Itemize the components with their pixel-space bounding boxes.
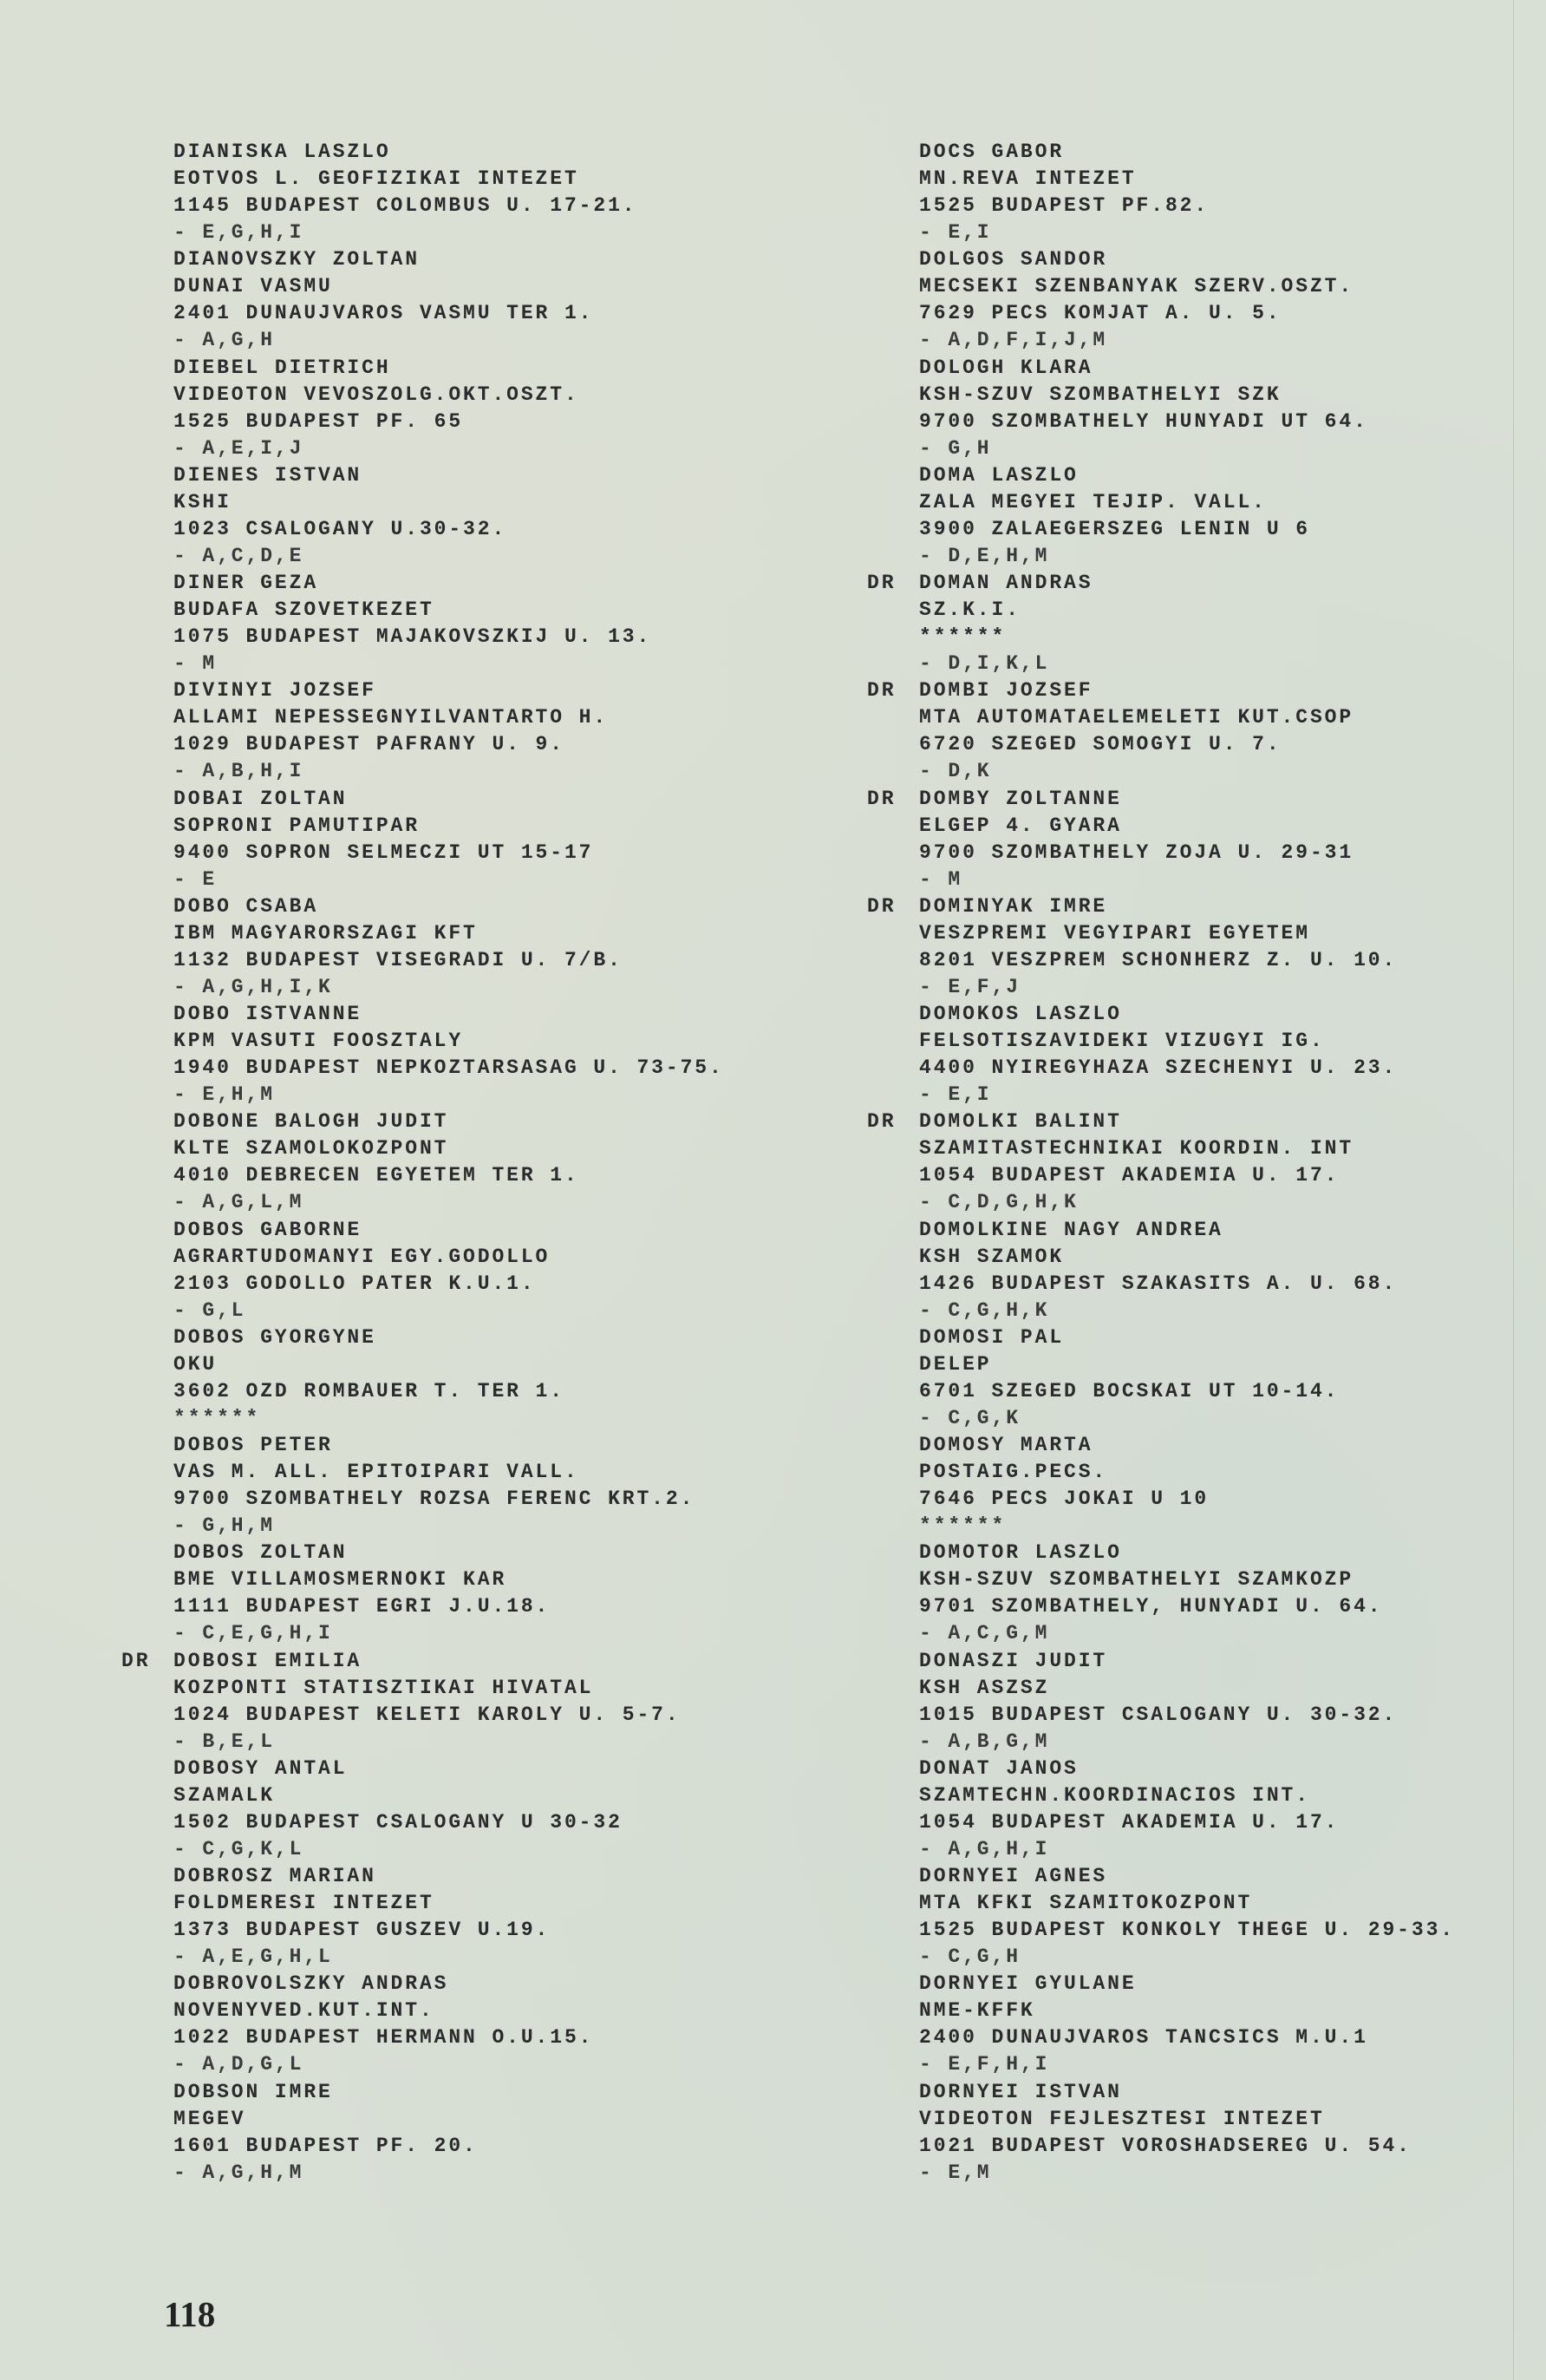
indent bbox=[121, 1890, 173, 1917]
directory-entry: DRDOBOSI EMILIAKOZPONTI STATISZTIKAI HIV… bbox=[121, 1648, 724, 1756]
entry-line-codes: - A,E,G,H,L bbox=[121, 1944, 724, 1971]
entry-line-address: 6720 SZEGED SOMOGYI U. 7. bbox=[867, 731, 1455, 758]
indent bbox=[121, 2024, 173, 2051]
entry-address: 9700 SZOMBATHELY ZOJA U. 29-31 bbox=[919, 840, 1354, 866]
title-prefix bbox=[867, 2079, 919, 2106]
directory-entry: DOBO ISTVANNEKPM VASUTI FOOSZTALY1940 BU… bbox=[121, 1001, 724, 1108]
indent bbox=[121, 1028, 173, 1055]
entry-address: 1502 BUDAPEST CSALOGANY U 30-32 bbox=[173, 1809, 623, 1836]
entry-line-address: 1015 BUDAPEST CSALOGANY U. 30-32. bbox=[867, 1702, 1455, 1729]
indent bbox=[121, 813, 173, 840]
title-prefix bbox=[867, 1001, 919, 1028]
indent bbox=[867, 1135, 919, 1162]
indent bbox=[121, 974, 173, 1001]
title-prefix bbox=[121, 786, 173, 813]
entry-codes: - A,G,H,M bbox=[173, 2160, 303, 2187]
indent bbox=[867, 840, 919, 866]
title-prefix bbox=[867, 462, 919, 489]
entry-line-name: DOBOS GYORGYNE bbox=[121, 1324, 724, 1351]
indent bbox=[867, 1162, 919, 1189]
indent bbox=[867, 1890, 919, 1917]
title-prefix bbox=[121, 246, 173, 273]
indent bbox=[121, 219, 173, 246]
entry-org: MECSEKI SZENBANYAK SZERV.OSZT. bbox=[919, 273, 1354, 300]
indent bbox=[867, 409, 919, 435]
entry-codes: ****** bbox=[919, 1513, 1006, 1540]
indent bbox=[867, 1378, 919, 1405]
entry-line-name: DOBONE BALOGH JUDIT bbox=[121, 1108, 724, 1135]
indent bbox=[121, 1675, 173, 1702]
title-prefix bbox=[121, 462, 173, 489]
indent bbox=[867, 866, 919, 893]
entry-org: KSH-SZUV SZOMBATHELYI SZK bbox=[919, 382, 1282, 409]
entry-line-name: DOMOKOS LASZLO bbox=[867, 1001, 1455, 1028]
entry-codes: - M bbox=[919, 866, 962, 893]
entry-line-org: SZ.K.I. bbox=[867, 597, 1455, 624]
title-prefix: DR bbox=[867, 1108, 919, 1135]
entry-line-name: DOBROVOLSZKY ANDRAS bbox=[121, 1971, 724, 1997]
indent bbox=[867, 1702, 919, 1729]
indent bbox=[867, 219, 919, 246]
entry-address: 2103 GODOLLO PATER K.U.1. bbox=[173, 1271, 536, 1298]
entry-address: 1075 BUDAPEST MAJAKOVSZKIJ U. 13. bbox=[173, 624, 651, 651]
entry-name: DIANISKA LASZLO bbox=[173, 139, 391, 166]
entry-line-name: DIVINYI JOZSEF bbox=[121, 677, 724, 704]
entry-address: 1525 BUDAPEST KONKOLY THEGE U. 29-33. bbox=[919, 1917, 1455, 1944]
entry-line-address: 4010 DEBRECEN EGYETEM TER 1. bbox=[121, 1162, 724, 1189]
entry-line-codes: - E,M bbox=[867, 2160, 1455, 2187]
entry-name: DOBAI ZOLTAN bbox=[173, 786, 347, 813]
directory-entry: DOBROSZ MARIANFOLDMERESI INTEZET1373 BUD… bbox=[121, 1863, 724, 1971]
entry-org: FELSOTISZAVIDEKI VIZUGYI IG. bbox=[919, 1028, 1325, 1055]
entry-org: KSH-SZUV SZOMBATHELYI SZAMKOZP bbox=[919, 1566, 1354, 1593]
indent bbox=[121, 2133, 173, 2160]
entry-codes: - C,D,G,H,K bbox=[919, 1189, 1079, 1216]
indent bbox=[867, 1729, 919, 1756]
entry-org: SZAMTECHN.KOORDINACIOS INT. bbox=[919, 1782, 1310, 1809]
entry-org: SZAMITASTECHNIKAI KOORDIN. INT bbox=[919, 1135, 1354, 1162]
indent bbox=[121, 1809, 173, 1836]
entry-line-name: DOLGOS SANDOR bbox=[867, 246, 1455, 273]
title-prefix bbox=[867, 355, 919, 382]
entry-line-codes: - C,G,H bbox=[867, 1944, 1455, 1971]
indent bbox=[121, 758, 173, 785]
entry-line-name: DIEBEL DIETRICH bbox=[121, 355, 724, 382]
entry-line-org: FOLDMERESI INTEZET bbox=[121, 1890, 724, 1917]
entry-name: DOBSON IMRE bbox=[173, 2079, 333, 2106]
entry-line-org: BME VILLAMOSMERNOKI KAR bbox=[121, 1566, 724, 1593]
directory-entry: DINER GEZABUDAFA SZOVETKEZET1075 BUDAPES… bbox=[121, 570, 724, 677]
entry-address: 1022 BUDAPEST HERMANN O.U.15. bbox=[173, 2024, 593, 2051]
entry-name: DORNYEI ISTVAN bbox=[919, 2079, 1122, 2106]
indent bbox=[867, 1459, 919, 1486]
entry-codes: - A,B,G,M bbox=[919, 1729, 1049, 1756]
entry-line-org: BUDAFA SZOVETKEZET bbox=[121, 597, 724, 624]
directory-entry: DIENES ISTVANKSHI1023 CSALOGANY U.30-32.… bbox=[121, 462, 724, 570]
entry-codes: - E,F,H,I bbox=[919, 2051, 1049, 2078]
entry-line-org: MTA KFKI SZAMITOKOZPONT bbox=[867, 1890, 1455, 1917]
entry-name: DOBOS GYORGYNE bbox=[173, 1324, 376, 1351]
entry-address: 9700 SZOMBATHELY ROZSA FERENC KRT.2. bbox=[173, 1486, 695, 1513]
indent bbox=[121, 1486, 173, 1513]
entry-line-org: MN.REVA INTEZET bbox=[867, 166, 1455, 193]
indent bbox=[867, 920, 919, 947]
directory-entry: DIVINYI JOZSEFALLAMI NEPESSEGNYILVANTART… bbox=[121, 677, 724, 785]
entry-codes: - D,E,H,M bbox=[919, 543, 1049, 570]
indent bbox=[121, 1459, 173, 1486]
indent bbox=[867, 1997, 919, 2024]
entry-codes: - A,C,G,M bbox=[919, 1620, 1049, 1647]
page-edge-line bbox=[1513, 0, 1514, 2380]
indent bbox=[867, 1809, 919, 1836]
entry-address: 2401 DUNAUJVAROS VASMU TER 1. bbox=[173, 300, 593, 327]
entry-line-name: DOBOS ZOLTAN bbox=[121, 1540, 724, 1566]
entry-line-org: KSH SZAMOK bbox=[867, 1244, 1455, 1271]
indent bbox=[867, 1513, 919, 1540]
entry-line-address: 1021 BUDAPEST VOROSHADSEREG U. 54. bbox=[867, 2133, 1455, 2160]
indent bbox=[121, 543, 173, 570]
entry-codes: - A,B,H,I bbox=[173, 758, 303, 785]
entry-name: DOMOTOR LASZLO bbox=[919, 1540, 1122, 1566]
entry-name: DOBOS GABORNE bbox=[173, 1217, 362, 1244]
directory-entry: DOMA LASZLOZALA MEGYEI TEJIP. VALL.3900 … bbox=[867, 462, 1455, 570]
entry-line-codes: - A,C,G,M bbox=[867, 1620, 1455, 1647]
indent bbox=[121, 1271, 173, 1298]
entry-line-name: DOBO CSABA bbox=[121, 893, 724, 920]
title-prefix bbox=[867, 1217, 919, 1244]
entry-line-name: DORNYEI GYULANE bbox=[867, 1971, 1455, 1997]
entry-line-address: 1373 BUDAPEST GUSZEV U.19. bbox=[121, 1917, 724, 1944]
indent bbox=[121, 409, 173, 435]
entry-org: SOPRONI PAMUTIPAR bbox=[173, 813, 420, 840]
entry-line-org: NOVENYVED.KUT.INT. bbox=[121, 1997, 724, 2024]
title-prefix bbox=[121, 1863, 173, 1890]
indent bbox=[121, 1729, 173, 1756]
entry-line-org: IBM MAGYARORSZAGI KFT bbox=[121, 920, 724, 947]
entry-address: 1145 BUDAPEST COLOMBUS U. 17-21. bbox=[173, 193, 636, 219]
entry-line-org: SZAMITASTECHNIKAI KOORDIN. INT bbox=[867, 1135, 1455, 1162]
entry-codes: - E,G,H,I bbox=[173, 219, 303, 246]
entry-org: AGRARTUDOMANYI EGY.GODOLLO bbox=[173, 1244, 550, 1271]
entry-address: 1054 BUDAPEST AKADEMIA U. 17. bbox=[919, 1809, 1339, 1836]
entry-org: KPM VASUTI FOOSZTALY bbox=[173, 1028, 463, 1055]
entry-name: DOBO ISTVANNE bbox=[173, 1001, 362, 1028]
indent bbox=[121, 193, 173, 219]
directory-entry: DOMOLKINE NAGY ANDREAKSH SZAMOK1426 BUDA… bbox=[867, 1217, 1455, 1324]
entry-address: 9700 SZOMBATHELY HUNYADI UT 64. bbox=[919, 409, 1368, 435]
indent bbox=[867, 1351, 919, 1378]
indent bbox=[121, 2051, 173, 2078]
entry-codes: - A,E,G,H,L bbox=[173, 1944, 333, 1971]
entry-line-codes: - A,G,H bbox=[121, 327, 724, 354]
indent bbox=[121, 1917, 173, 1944]
entry-name: DINER GEZA bbox=[173, 570, 318, 597]
title-prefix bbox=[121, 893, 173, 920]
entry-name: DOMOLKI BALINT bbox=[919, 1108, 1122, 1135]
entry-line-address: 6701 SZEGED BOCSKAI UT 10-14. bbox=[867, 1378, 1455, 1405]
directory-entry: DRDOMBI JOZSEFMTA AUTOMATAELEMELETI KUT.… bbox=[867, 677, 1455, 785]
directory-entry: DONAT JANOSSZAMTECHN.KOORDINACIOS INT.10… bbox=[867, 1756, 1455, 1863]
entry-codes: - G,L bbox=[173, 1298, 246, 1324]
indent bbox=[867, 543, 919, 570]
entry-line-codes: - E,F,J bbox=[867, 974, 1455, 1001]
indent bbox=[121, 947, 173, 974]
indent bbox=[121, 1513, 173, 1540]
entry-name: DOMOKOS LASZLO bbox=[919, 1001, 1122, 1028]
entry-line-org: KPM VASUTI FOOSZTALY bbox=[121, 1028, 724, 1055]
entry-line-name: DOMOLKINE NAGY ANDREA bbox=[867, 1217, 1455, 1244]
directory-entry: DIANISKA LASZLOEOTVOS L. GEOFIZIKAI INTE… bbox=[121, 139, 724, 246]
entry-line-codes: - A,B,H,I bbox=[121, 758, 724, 785]
indent bbox=[867, 704, 919, 731]
title-prefix bbox=[121, 1324, 173, 1351]
entry-codes: - E,H,M bbox=[173, 1082, 275, 1108]
title-prefix bbox=[867, 1324, 919, 1351]
entry-codes: - E,I bbox=[919, 219, 992, 246]
entry-line-codes: - C,E,G,H,I bbox=[121, 1620, 724, 1647]
entry-line-org: ELGEP 4. GYARA bbox=[867, 813, 1455, 840]
indent bbox=[867, 1782, 919, 1809]
entry-codes: - A,D,F,I,J,M bbox=[919, 327, 1107, 354]
entry-line-name: DOBO ISTVANNE bbox=[121, 1001, 724, 1028]
entry-line-address: 3900 ZALAEGERSZEG LENIN U 6 bbox=[867, 516, 1455, 543]
directory-column-right: DOCS GABORMN.REVA INTEZET1525 BUDAPEST P… bbox=[867, 139, 1455, 2187]
entry-org: VESZPREMI VEGYIPARI EGYETEM bbox=[919, 920, 1310, 947]
entry-line-address: 1132 BUDAPEST VISEGRADI U. 7/B. bbox=[121, 947, 724, 974]
entry-line-name: DRDOMBI JOZSEF bbox=[867, 677, 1455, 704]
entry-address: 1111 BUDAPEST EGRI J.U.18. bbox=[173, 1593, 550, 1620]
entry-org: KLTE SZAMOLOKOZPONT bbox=[173, 1135, 448, 1162]
directory-entry: DOBO CSABAIBM MAGYARORSZAGI KFT1132 BUDA… bbox=[121, 893, 724, 1001]
entry-line-name: DRDOMBY ZOLTANNE bbox=[867, 786, 1455, 813]
indent bbox=[867, 2133, 919, 2160]
entry-org: DUNAI VASMU bbox=[173, 273, 333, 300]
entry-address: 1940 BUDAPEST NEPKOZTARSASAG U. 73-75. bbox=[173, 1055, 724, 1082]
entry-name: DOMBI JOZSEF bbox=[919, 677, 1093, 704]
entry-org: IBM MAGYARORSZAGI KFT bbox=[173, 920, 478, 947]
indent bbox=[867, 1244, 919, 1271]
entry-line-address: 1525 BUDAPEST KONKOLY THEGE U. 29-33. bbox=[867, 1917, 1455, 1944]
entry-codes: - E bbox=[173, 866, 217, 893]
entry-line-name: DOMOSI PAL bbox=[867, 1324, 1455, 1351]
entry-line-name: DOBOS PETER bbox=[121, 1432, 724, 1459]
entry-org: KSHI bbox=[173, 489, 232, 516]
entry-line-codes: - E,H,M bbox=[121, 1082, 724, 1108]
entry-line-org: ALLAMI NEPESSEGNYILVANTARTO H. bbox=[121, 704, 724, 731]
entry-name: DORNYEI AGNES bbox=[919, 1863, 1107, 1890]
entry-line-org: VESZPREMI VEGYIPARI EGYETEM bbox=[867, 920, 1455, 947]
entry-line-org: KOZPONTI STATISZTIKAI HIVATAL bbox=[121, 1675, 724, 1702]
entry-line-org: VIDEOTON VEVOSZOLG.OKT.OSZT. bbox=[121, 382, 724, 409]
entry-line-name: DOBROSZ MARIAN bbox=[121, 1863, 724, 1890]
entry-name: DIVINYI JOZSEF bbox=[173, 677, 376, 704]
entry-address: 1373 BUDAPEST GUSZEV U.19. bbox=[173, 1917, 550, 1944]
title-prefix bbox=[867, 139, 919, 166]
entry-org: KSH SZAMOK bbox=[919, 1244, 1064, 1271]
indent bbox=[867, 1405, 919, 1432]
indent bbox=[121, 273, 173, 300]
directory-entry: DORNYEI GYULANENME-KFFK2400 DUNAUJVAROS … bbox=[867, 1971, 1455, 2078]
entry-name: DOMOSI PAL bbox=[919, 1324, 1064, 1351]
entry-line-codes: - D,E,H,M bbox=[867, 543, 1455, 570]
entry-address: 9400 SOPRON SELMECZI UT 15-17 bbox=[173, 840, 593, 866]
entry-org: SZAMALK bbox=[173, 1782, 275, 1809]
entry-codes: - A,G,L,M bbox=[173, 1189, 303, 1216]
indent bbox=[121, 1298, 173, 1324]
indent bbox=[121, 1702, 173, 1729]
entry-org: ELGEP 4. GYARA bbox=[919, 813, 1122, 840]
entry-line-codes: - E,F,H,I bbox=[867, 2051, 1455, 2078]
indent bbox=[867, 1917, 919, 1944]
indent bbox=[121, 327, 173, 354]
entry-name: DOMOLKINE NAGY ANDREA bbox=[919, 1217, 1223, 1244]
entry-line-address: 1054 BUDAPEST AKADEMIA U. 17. bbox=[867, 1162, 1455, 1189]
indent bbox=[121, 166, 173, 193]
indent bbox=[121, 1566, 173, 1593]
indent bbox=[121, 1944, 173, 1971]
directory-entry: DOBOS ZOLTANBME VILLAMOSMERNOKI KAR1111 … bbox=[121, 1540, 724, 1647]
entry-org: VIDEOTON FEJLESZTESI INTEZET bbox=[919, 2106, 1325, 2133]
indent bbox=[121, 1162, 173, 1189]
entry-line-org: DELEP bbox=[867, 1351, 1455, 1378]
entry-name: DOBROSZ MARIAN bbox=[173, 1863, 376, 1890]
entry-codes: - A,E,I,J bbox=[173, 435, 303, 462]
indent bbox=[867, 300, 919, 327]
entry-line-codes: - A,B,G,M bbox=[867, 1729, 1455, 1756]
indent bbox=[121, 489, 173, 516]
entry-name: DONAT JANOS bbox=[919, 1756, 1079, 1782]
entry-line-codes: - E bbox=[121, 866, 724, 893]
title-prefix bbox=[867, 1648, 919, 1675]
entry-address: 1601 BUDAPEST PF. 20. bbox=[173, 2133, 478, 2160]
entry-line-codes: - A,G,H,I bbox=[867, 1836, 1455, 1863]
entry-line-codes: ****** bbox=[121, 1405, 724, 1432]
entry-codes: - A,C,D,E bbox=[173, 543, 303, 570]
indent bbox=[867, 1675, 919, 1702]
directory-entry: DOBROVOLSZKY ANDRASNOVENYVED.KUT.INT.102… bbox=[121, 1971, 724, 2078]
entry-name: DOMOSY MARTA bbox=[919, 1432, 1093, 1459]
entry-address: 8201 VESZPREM SCHONHERZ Z. U. 10. bbox=[919, 947, 1397, 974]
directory-entry: DOMOSI PALDELEP6701 SZEGED BOCSKAI UT 10… bbox=[867, 1324, 1455, 1432]
entry-name: DONASZI JUDIT bbox=[919, 1648, 1107, 1675]
indent bbox=[867, 193, 919, 219]
indent bbox=[867, 382, 919, 409]
indent bbox=[867, 947, 919, 974]
entry-address: 6720 SZEGED SOMOGYI U. 7. bbox=[919, 731, 1282, 758]
entry-address: 1024 BUDAPEST KELETI KAROLY U. 5-7. bbox=[173, 1702, 681, 1729]
entry-line-codes: - A,D,G,L bbox=[121, 2051, 724, 2078]
entry-org: MEGEV bbox=[173, 2106, 246, 2133]
entry-line-codes: - E,I bbox=[867, 1082, 1455, 1108]
entry-line-codes: - A,D,F,I,J,M bbox=[867, 327, 1455, 354]
indent bbox=[867, 2051, 919, 2078]
entry-address: ****** bbox=[919, 624, 1006, 651]
entry-name: DORNYEI GYULANE bbox=[919, 1971, 1137, 1997]
entry-codes: - D,I,K,L bbox=[919, 651, 1049, 677]
entry-org: EOTVOS L. GEOFIZIKAI INTEZET bbox=[173, 166, 579, 193]
entry-org: DELEP bbox=[919, 1351, 992, 1378]
entry-line-address: 7646 PECS JOKAI U 10 bbox=[867, 1486, 1455, 1513]
entry-line-org: KSHI bbox=[121, 489, 724, 516]
title-prefix bbox=[121, 1108, 173, 1135]
entry-address: 2400 DUNAUJVAROS TANCSICS M.U.1 bbox=[919, 2024, 1368, 2051]
title-prefix bbox=[867, 1756, 919, 1782]
entry-org: ALLAMI NEPESSEGNYILVANTARTO H. bbox=[173, 704, 608, 731]
entry-name: DOLOGH KLARA bbox=[919, 355, 1093, 382]
entry-org: BUDAFA SZOVETKEZET bbox=[173, 597, 434, 624]
directory-entry: DOCS GABORMN.REVA INTEZET1525 BUDAPEST P… bbox=[867, 139, 1455, 246]
directory-entry: DONASZI JUDITKSH ASZSZ1015 BUDAPEST CSAL… bbox=[867, 1648, 1455, 1756]
entry-line-org: KSH-SZUV SZOMBATHELYI SZK bbox=[867, 382, 1455, 409]
entry-line-name: DORNYEI AGNES bbox=[867, 1863, 1455, 1890]
directory-entry: DOBAI ZOLTANSOPRONI PAMUTIPAR9400 SOPRON… bbox=[121, 786, 724, 893]
entry-line-address: 9701 SZOMBATHELY, HUNYADI U. 64. bbox=[867, 1593, 1455, 1620]
entry-line-name: DIENES ISTVAN bbox=[121, 462, 724, 489]
directory-entry: DOLOGH KLARAKSH-SZUV SZOMBATHELYI SZK970… bbox=[867, 355, 1455, 462]
entry-name: DOBROVOLSZKY ANDRAS bbox=[173, 1971, 448, 1997]
indent bbox=[867, 2106, 919, 2133]
entry-codes: - B,E,L bbox=[173, 1729, 275, 1756]
indent bbox=[121, 1055, 173, 1082]
entry-line-org: FELSOTISZAVIDEKI VIZUGYI IG. bbox=[867, 1028, 1455, 1055]
entry-org: MN.REVA INTEZET bbox=[919, 166, 1137, 193]
directory-entry: DRDOMBY ZOLTANNEELGEP 4. GYARA9700 SZOMB… bbox=[867, 786, 1455, 893]
entry-line-address: 8201 VESZPREM SCHONHERZ Z. U. 10. bbox=[867, 947, 1455, 974]
indent bbox=[867, 1836, 919, 1863]
entry-line-name: DRDOMINYAK IMRE bbox=[867, 893, 1455, 920]
entry-address: 6701 SZEGED BOCSKAI UT 10-14. bbox=[919, 1378, 1339, 1405]
indent bbox=[867, 1055, 919, 1082]
indent bbox=[867, 2024, 919, 2051]
entry-org: VIDEOTON VEVOSZOLG.OKT.OSZT. bbox=[173, 382, 579, 409]
entry-line-address: 1111 BUDAPEST EGRI J.U.18. bbox=[121, 1593, 724, 1620]
directory-entry: DRDOMINYAK IMREVESZPREMI VEGYIPARI EGYET… bbox=[867, 893, 1455, 1001]
entry-line-name: DORNYEI ISTVAN bbox=[867, 2079, 1455, 2106]
entry-org: NOVENYVED.KUT.INT. bbox=[173, 1997, 434, 2024]
indent bbox=[867, 273, 919, 300]
entry-line-name: DIANISKA LASZLO bbox=[121, 139, 724, 166]
entry-address: 1015 BUDAPEST CSALOGANY U. 30-32. bbox=[919, 1702, 1397, 1729]
indent bbox=[867, 731, 919, 758]
directory-entry: DIEBEL DIETRICHVIDEOTON VEVOSZOLG.OKT.OS… bbox=[121, 355, 724, 462]
entry-address: 4400 NYIREGYHAZA SZECHENYI U. 23. bbox=[919, 1055, 1397, 1082]
title-prefix bbox=[121, 2079, 173, 2106]
title-prefix bbox=[867, 1540, 919, 1566]
entry-line-codes: - G,L bbox=[121, 1298, 724, 1324]
indent bbox=[121, 704, 173, 731]
directory-entry: DOMOSY MARTAPOSTAIG.PECS.7646 PECS JOKAI… bbox=[867, 1432, 1455, 1540]
entry-org: MTA AUTOMATAELEMELETI KUT.CSOP bbox=[919, 704, 1354, 731]
indent bbox=[867, 813, 919, 840]
entry-line-name: DRDOMOLKI BALINT bbox=[867, 1108, 1455, 1135]
entry-line-address: 1024 BUDAPEST KELETI KAROLY U. 5-7. bbox=[121, 1702, 724, 1729]
entry-line-org: VIDEOTON FEJLESZTESI INTEZET bbox=[867, 2106, 1455, 2133]
entry-line-org: DUNAI VASMU bbox=[121, 273, 724, 300]
entry-org: MTA KFKI SZAMITOKOZPONT bbox=[919, 1890, 1252, 1917]
directory-entry: DOMOTOR LASZLOKSH-SZUV SZOMBATHELYI SZAM… bbox=[867, 1540, 1455, 1647]
entry-codes: - E,F,J bbox=[919, 974, 1021, 1001]
title-prefix bbox=[121, 139, 173, 166]
entry-line-name: DRDOBOSI EMILIA bbox=[121, 1648, 724, 1675]
entry-address: 1023 CSALOGANY U.30-32. bbox=[173, 516, 506, 543]
indent bbox=[867, 1620, 919, 1647]
indent bbox=[867, 1271, 919, 1298]
title-prefix bbox=[121, 355, 173, 382]
entry-org: VAS M. ALL. EPITOIPARI VALL. bbox=[173, 1459, 579, 1486]
entry-codes: - E,M bbox=[919, 2160, 992, 2187]
entry-codes: - A,G,H,I bbox=[919, 1836, 1049, 1863]
entry-address: 7629 PECS KOMJAT A. U. 5. bbox=[919, 300, 1282, 327]
